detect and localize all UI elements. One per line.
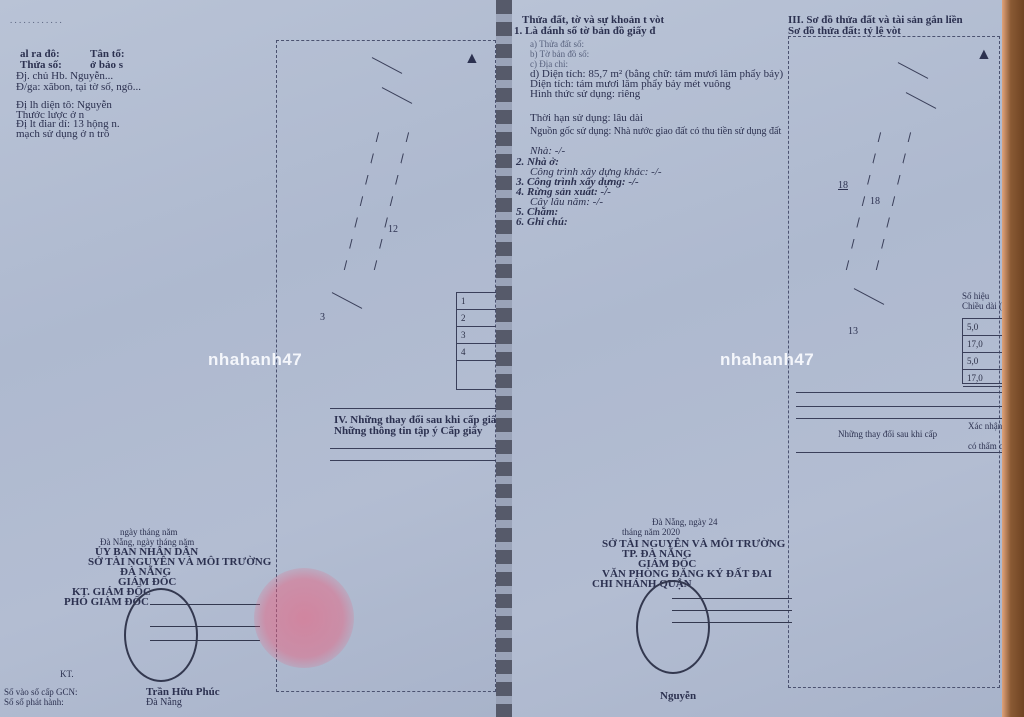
map-number: 13 <box>848 326 858 337</box>
table-row: 3 <box>457 327 499 344</box>
table-row: 1 <box>457 293 499 310</box>
body-line: Hình thức sử dụng: riêng <box>530 88 640 100</box>
signature-stroke <box>150 604 260 605</box>
certificate-left-page: . . . . . . . . . . . . al ra đô: Tân tổ… <box>0 0 500 717</box>
table-row: 5,0 <box>963 319 1002 336</box>
map-number: 12 <box>388 224 398 235</box>
map-number: 3 <box>320 312 325 323</box>
table-row: 17,0 <box>963 336 1002 353</box>
map-number: 18 <box>870 196 880 207</box>
footer-line: KT. <box>60 668 74 680</box>
body-line: Thời hạn sử dụng: lâu dài <box>530 112 643 124</box>
signature-line: SỞ TÀI NGUYÊN VÀ MÔI TRƯỜNG <box>88 556 271 568</box>
changes-line: có thẩm quyền <box>968 440 1002 452</box>
signature-stroke <box>672 598 792 599</box>
divider <box>796 418 1002 419</box>
table-row: 4 <box>457 344 499 361</box>
header-line: 1. Là đánh số tờ bản đồ giấy đ <box>514 25 656 37</box>
footer-line: Số sổ phát hành: <box>4 696 64 708</box>
watermark: nhahanh47 <box>720 350 814 370</box>
divider <box>796 406 1002 407</box>
signature-stroke <box>672 610 792 611</box>
north-arrow-icon: ▲ <box>464 50 480 68</box>
signer-name: Nguyễn <box>660 690 696 702</box>
section-iv-subtitle: Những thông tin tập ý Cấp giấy <box>334 425 482 437</box>
faint-header: . . . . . . . . . . . . <box>10 14 62 26</box>
map-number: 18 <box>838 180 848 191</box>
body-line: Nguồn gốc sử dụng: Nhà nước giao đất có … <box>530 126 781 138</box>
signature-line: tháng năm 2020 <box>622 526 680 538</box>
edge-length-table: 5,0 17,0 5,0 17,0 <box>962 318 1002 384</box>
signature-stroke <box>150 640 260 641</box>
divider <box>330 408 500 409</box>
divider <box>796 452 1002 453</box>
watermark: nhahanh47 <box>208 350 302 370</box>
table-row: 2 <box>457 310 499 327</box>
signer-sub: Đà Nẵng <box>146 697 182 709</box>
divider <box>330 460 500 461</box>
official-seal <box>636 580 710 674</box>
north-arrow-icon: ▲ <box>976 46 992 64</box>
changes-line: Xác nhận của cơ quan <box>968 420 1002 432</box>
owner-line: mạch sử dụng ở n trô <box>16 128 109 140</box>
body-line: 6. Ghi chú: <box>516 216 568 228</box>
certificate-right-page: Thửa đất, tờ và sự khoản t vòt 1. Là đán… <box>512 0 1002 717</box>
wooden-table-edge <box>1002 0 1024 717</box>
signature-stroke <box>672 622 792 623</box>
edge-length-table: 1 2 3 4 <box>456 292 500 390</box>
owner-line: Đ/ga: xãbon, tại tờ số, ngõ... <box>16 81 141 93</box>
table-row: 5,0 <box>963 353 1002 370</box>
divider <box>796 392 1002 393</box>
table-header: Chiều dài (m) <box>962 300 1002 312</box>
table-row: 17,0 <box>963 370 1002 387</box>
signature-stroke <box>150 626 260 627</box>
divider <box>330 448 500 449</box>
changes-line: Những thay đổi sau khi cấp <box>838 428 937 440</box>
official-seal <box>124 588 198 682</box>
red-stamp <box>254 568 354 668</box>
